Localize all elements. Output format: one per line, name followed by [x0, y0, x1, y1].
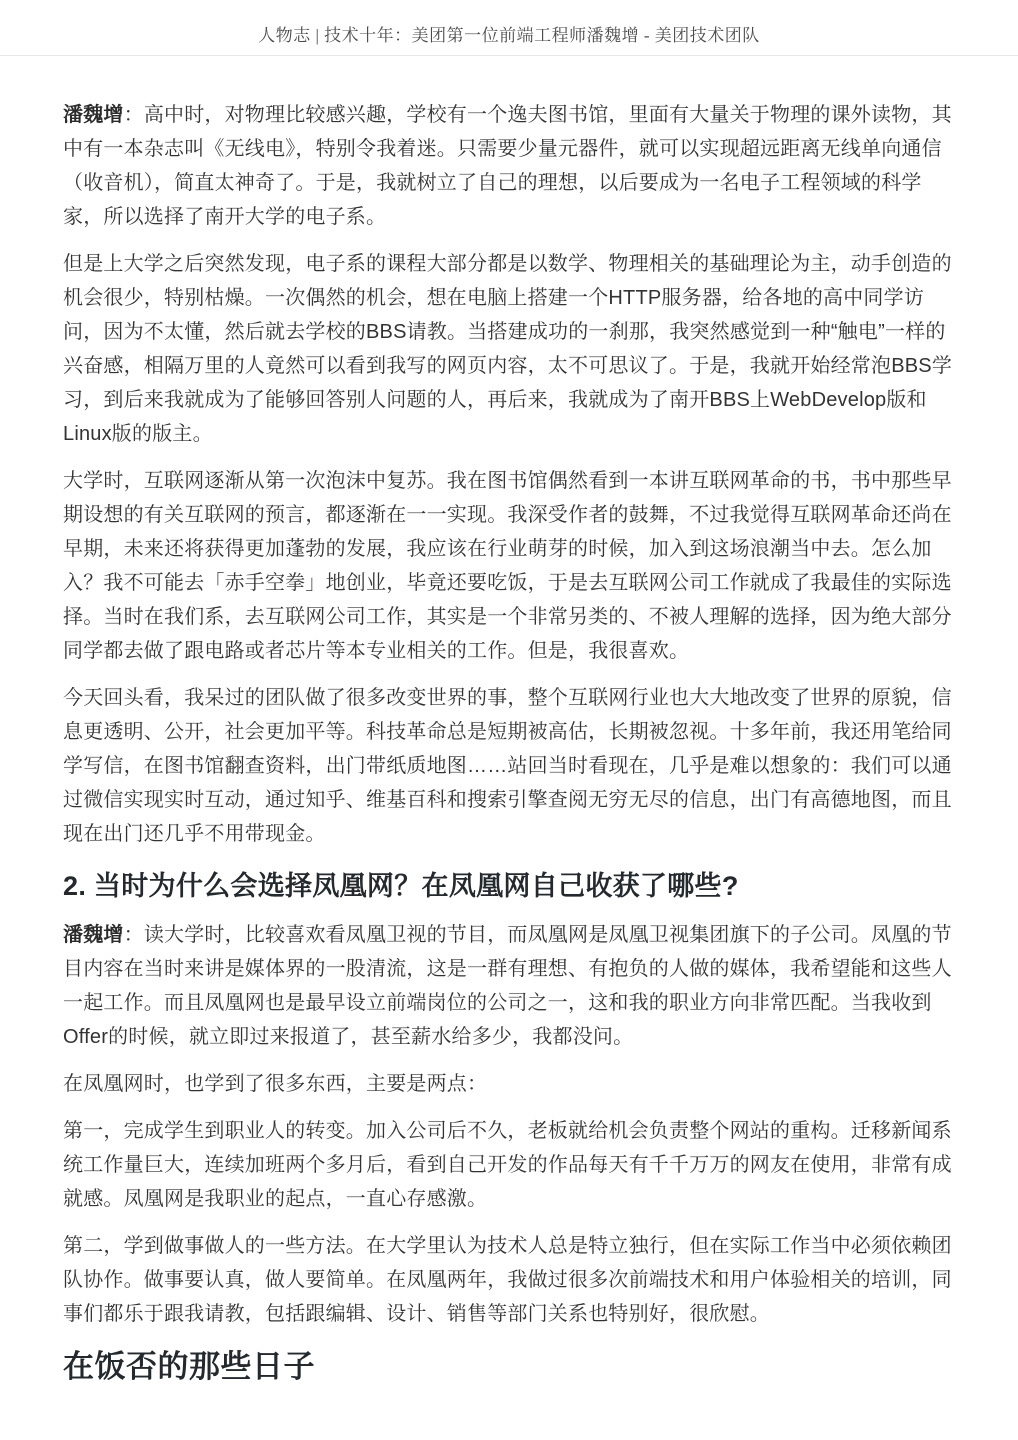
paragraph: 在凤凰网时，也学到了很多东西，主要是两点： [63, 1067, 955, 1101]
paragraph: 潘魏增：读大学时，比较喜欢看凤凰卫视的节目，而凤凰网是凤凰卫视集团旗下的子公司。… [63, 918, 955, 1054]
paragraph: 第一，完成学生到职业人的转变。加入公司后不久，老板就给机会负责整个网站的重构。迁… [63, 1114, 955, 1216]
page-title: 人物志 | 技术十年：美团第一位前端工程师潘魏增 - 美团技术团队 [0, 26, 1018, 46]
paragraph: 但是上大学之后突然发现，电子系的课程大部分都是以数学、物理相关的基础理论为主，动… [63, 247, 955, 451]
paragraph: 今天回头看，我呆过的团队做了很多改变世界的事，整个互联网行业也大大地改变了世界的… [63, 681, 955, 851]
paragraph: 潘魏增：高中时，对物理比较感兴趣，学校有一个逸夫图书馆，里面有大量关于物理的课外… [63, 98, 955, 234]
speaker-separator: ： [124, 924, 144, 946]
paragraph: 大学时，互联网逐渐从第一次泡沫中复苏。我在图书馆偶然看到一本讲互联网革命的书，书… [63, 464, 955, 668]
paragraph: 第二，学到做事做人的一些方法。在大学里认为技术人总是特立独行，但在实际工作当中必… [63, 1229, 955, 1331]
page-header: 人物志 | 技术十年：美团第一位前端工程师潘魏增 - 美团技术团队 [0, 0, 1018, 56]
speaker-name: 潘魏增 [63, 924, 124, 946]
speaker-separator: ： [124, 104, 144, 126]
article-heading: 在饭否的那些日子 [63, 1347, 955, 1387]
section-heading: 2. 当时为什么会选择凤凰网？在凤凰网自己收获了哪些? [63, 868, 955, 904]
article-body: 潘魏增：高中时，对物理比较感兴趣，学校有一个逸夫图书馆，里面有大量关于物理的课外… [63, 56, 955, 1387]
speaker-name: 潘魏增 [63, 104, 124, 126]
paragraph-text: 高中时，对物理比较感兴趣，学校有一个逸夫图书馆，里面有大量关于物理的课外读物，其… [63, 104, 952, 228]
paragraph-text: 读大学时，比较喜欢看凤凰卫视的节目，而凤凰网是凤凰卫视集团旗下的子公司。凤凰的节… [63, 924, 952, 1048]
